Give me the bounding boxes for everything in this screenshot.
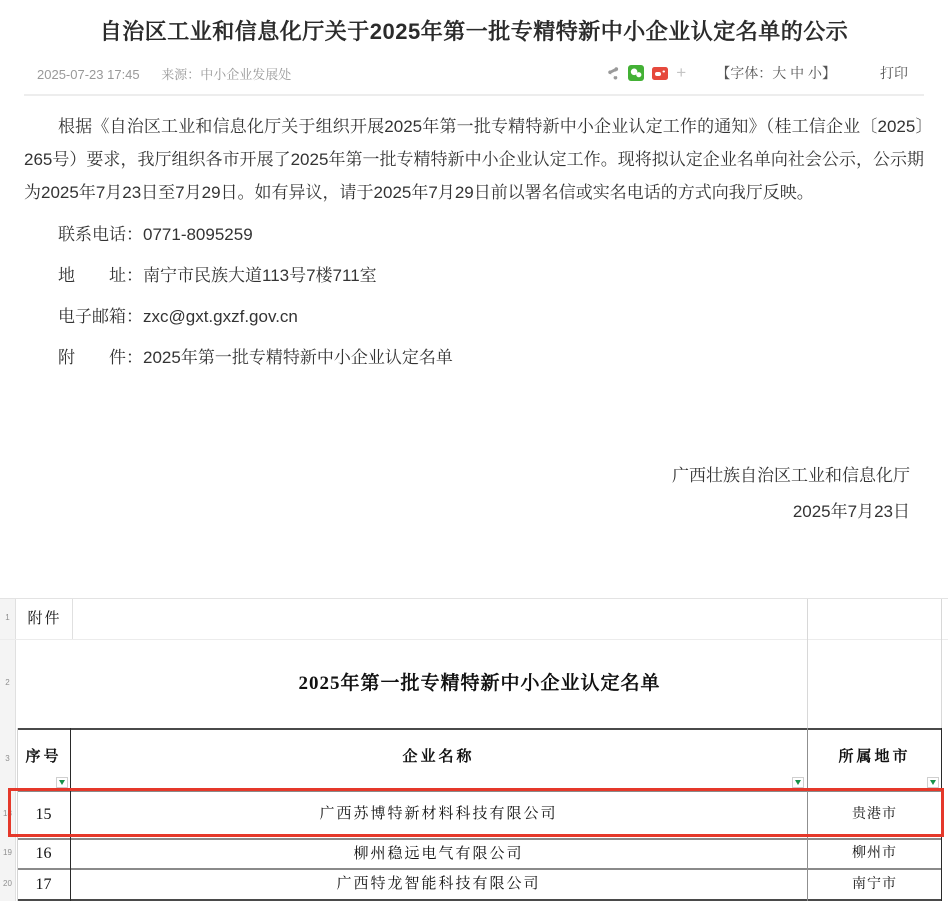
meta-bar: 2025-07-23 17:45 来源：中小企业发展处 + 【字体：大 中 小】… (0, 61, 948, 85)
column-header-city: 所属地市 (807, 729, 942, 785)
weibo-icon[interactable] (652, 67, 668, 80)
table-row-company: 柳州稳远电气有限公司 (70, 840, 807, 868)
gutter-row-number: 19 (0, 848, 15, 857)
highlight-box (8, 788, 944, 837)
attachment-sheet: 1 2 3 18 19 20 附件 2025年第一批专精特新中小企业认定名单 序… (0, 598, 948, 904)
table-row-no: 16 (17, 840, 70, 868)
print-button[interactable]: 打印 (880, 63, 908, 83)
gutter-row-number: 3 (0, 754, 15, 763)
meta-info: 2025-07-23 17:45 来源：中小企业发展处 (37, 64, 309, 83)
share-icon[interactable] (605, 66, 620, 81)
table-row-no: 17 (17, 870, 70, 899)
table-title: 2025年第一批专精特新中小企业认定名单 (17, 639, 942, 729)
announcement-paragraph: 根据《自治区工业和信息化厅关于组织开展2025年第一批专精特新中小企业认定工作的… (24, 110, 924, 209)
signature-date: 2025年7月23日 (0, 494, 910, 530)
publish-datetime: 2025-07-23 17:45 (37, 67, 140, 82)
signature-block: 广西壮族自治区工业和信息化厅 2025年7月23日 (0, 458, 948, 530)
table-row-city: 南宁市 (807, 870, 942, 899)
font-size-control[interactable]: 【字体：大 中 小】 (716, 63, 836, 83)
contact-email: 电子邮箱：zxc@gxt.gxzf.gov.cn (58, 305, 948, 329)
filter-icon[interactable] (56, 777, 68, 788)
contact-phone: 联系电话：0771-8095259 (58, 223, 948, 247)
gutter-row-number: 2 (0, 678, 15, 687)
signature-org: 广西壮族自治区工业和信息化厅 (0, 458, 910, 494)
filter-icon[interactable] (792, 777, 804, 788)
meta-divider (24, 94, 924, 96)
table-row-city: 柳州市 (807, 840, 942, 868)
column-header-company: 企业名称 (70, 729, 807, 785)
table-row-company: 广西特龙智能科技有限公司 (70, 870, 807, 899)
gutter-row-number: 20 (0, 879, 15, 888)
wechat-icon[interactable] (628, 65, 644, 81)
article-page: 自治区工业和信息化厅关于2025年第一批专精特新中小企业认定名单的公示 2025… (0, 0, 948, 598)
meta-tools: + 【字体：大 中 小】 打印 (601, 63, 908, 83)
page-title: 自治区工业和信息化厅关于2025年第一批专精特新中小企业认定名单的公示 (0, 0, 948, 48)
gridline (72, 599, 73, 639)
filter-icon[interactable] (927, 777, 939, 788)
attachment-link-line: 附 件：2025年第一批专精特新中小企业认定名单 (58, 346, 948, 370)
contact-block: 联系电话：0771-8095259 地 址：南宁市民族大道113号7楼711室 … (58, 223, 948, 370)
contact-address: 地 址：南宁市民族大道113号7楼711室 (58, 264, 948, 288)
attachment-cell: 附件 (17, 599, 72, 639)
gutter-row-number: 1 (0, 613, 15, 622)
source-label: 来源：中小企业发展处 (161, 67, 291, 82)
table-border (17, 899, 942, 901)
plus-icon[interactable]: + (676, 63, 686, 83)
